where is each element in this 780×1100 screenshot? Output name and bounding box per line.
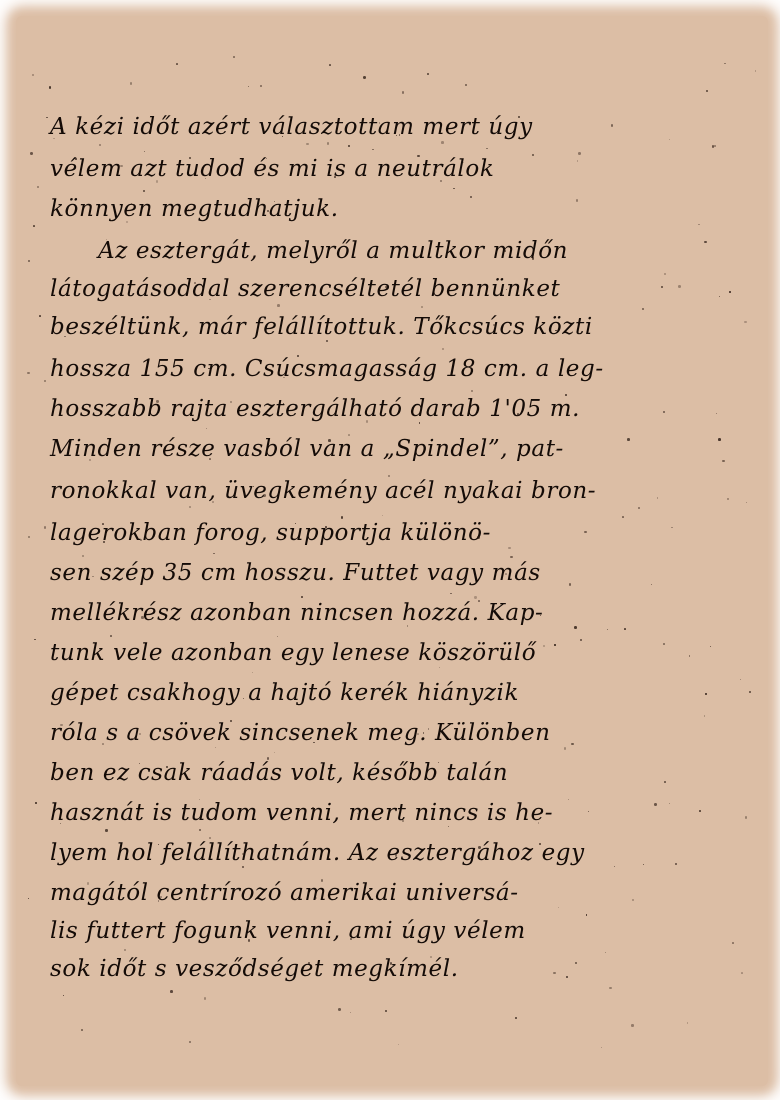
letter-line-17: ben ez csak ráadás volt, később talán (50, 760, 508, 786)
paper-speckle (706, 90, 708, 92)
paper-speckle (32, 74, 34, 76)
paper-speckle (453, 188, 454, 189)
paper-speckle (372, 149, 373, 150)
paper-speckle (716, 413, 717, 414)
paper-speckle (477, 536, 480, 539)
paper-speckle (388, 475, 389, 476)
paper-speckle (189, 506, 190, 507)
paper-speckle (34, 639, 36, 641)
paper-speckle (28, 898, 29, 899)
paper-speckle (63, 995, 64, 996)
paper-speckle (605, 952, 606, 953)
paper-speckle (722, 460, 725, 463)
paper-speckle (27, 372, 30, 375)
paper-speckle (569, 583, 571, 585)
paper-speckle (143, 190, 145, 192)
paper-speckle (580, 639, 582, 641)
paper-speckle (732, 942, 734, 944)
paper-speckle (687, 1022, 689, 1024)
paper-speckle (215, 747, 216, 748)
paper-speckle (124, 949, 126, 951)
paper-speckle (543, 645, 545, 647)
paper-speckle (166, 766, 168, 768)
paper-speckle (46, 117, 48, 119)
letter-line-5: látogatásoddal szerencséltetél bennünket (50, 276, 560, 302)
paper-speckle (575, 962, 577, 964)
paper-speckle (156, 400, 158, 402)
paper-speckle (209, 837, 211, 839)
paper-speckle (571, 743, 574, 746)
paper-speckle (486, 148, 488, 150)
paper-speckle (478, 846, 481, 849)
letter-line-12: sen szép 35 cm hosszu. Futtet vagy más (50, 560, 541, 586)
paper-speckle (624, 628, 626, 630)
paper-speckle (267, 210, 269, 212)
paper-speckle (741, 972, 743, 974)
paper-speckle (609, 987, 612, 990)
paper-speckle (39, 315, 41, 317)
paper-speckle (678, 285, 681, 288)
paper-speckle (110, 635, 112, 637)
paper-speckle (638, 507, 640, 509)
paper-speckle (669, 139, 670, 140)
paper-speckle (99, 144, 101, 146)
paper-speckle (704, 241, 706, 243)
paper-speckle (578, 152, 581, 155)
paper-speckle (350, 1012, 351, 1013)
paper-speckle (438, 762, 439, 763)
paper-speckle (601, 1047, 602, 1048)
letter-line-10: ronokkal van, üvegkemény acél nyakai bro… (50, 478, 596, 504)
paper-speckle (515, 1017, 517, 1019)
letter-paper: A kézi időt azért választottam mert úgy … (16, 16, 768, 1086)
paper-speckle (740, 679, 741, 680)
paper-speckle (260, 85, 262, 87)
paper-speckle (632, 899, 634, 901)
paper-speckle (35, 802, 36, 803)
paper-speckle (474, 596, 476, 598)
paper-speckle (712, 145, 714, 147)
paper-speckle (663, 411, 665, 413)
paper-speckle (421, 306, 423, 308)
paper-speckle (450, 593, 451, 594)
letter-line-21: lis futtert fogunk venni, ami úgy vélem (50, 918, 526, 944)
paper-speckle (631, 1024, 633, 1026)
paper-speckle (627, 438, 630, 441)
paper-speckle (654, 803, 657, 806)
paper-speckle (588, 811, 589, 812)
paper-speckle (430, 956, 432, 958)
paper-speckle (266, 158, 267, 159)
paper-speckle (724, 63, 725, 64)
paper-speckle (448, 826, 449, 827)
paper-speckle (44, 380, 46, 382)
letter-line-22: sok időt s vesződséget megkímél. (50, 956, 459, 982)
paper-speckle (586, 914, 587, 915)
paper-speckle (558, 907, 559, 908)
paper-speckle (399, 134, 401, 136)
paper-speckle (126, 221, 128, 223)
paper-speckle (329, 64, 331, 66)
paper-speckle (675, 863, 678, 866)
paper-speckle (643, 864, 644, 865)
paper-speckle (204, 997, 206, 999)
paper-speckle (170, 990, 173, 993)
paper-speckle (133, 966, 135, 968)
paper-speckle (194, 282, 196, 284)
paper-speckle (248, 939, 251, 942)
letter-line-7: hossza 155 cm. Csúcsmagasság 18 cm. a le… (50, 356, 604, 382)
paper-speckle (263, 494, 266, 497)
paper-speckle (642, 308, 644, 310)
paper-speckle (419, 422, 421, 424)
paper-speckle (554, 644, 555, 645)
paper-speckle (517, 413, 520, 416)
paper-speckle (566, 976, 568, 978)
paper-speckle (348, 145, 350, 147)
paper-speckle (139, 733, 141, 735)
paper-speckle (328, 439, 331, 442)
letter-line-15: gépet csakhogy a hajtó kerék hiányzik (50, 680, 519, 706)
letter-line-19: lyem hol felállíthatnám. Az esztergához … (50, 840, 585, 866)
paper-speckle (574, 626, 577, 629)
paper-speckle (144, 151, 145, 152)
paper-speckle (158, 900, 159, 901)
paper-speckle (744, 321, 747, 324)
paper-speckle (719, 296, 720, 297)
paper-speckle (308, 962, 310, 964)
paper-speckle (607, 629, 608, 630)
paper-speckle (577, 160, 578, 161)
paper-speckle (442, 348, 445, 351)
paper-speckle (657, 497, 659, 499)
letter-line-6: beszéltünk, már felállítottuk. Tőkcsúcs … (50, 314, 593, 340)
paper-speckle (209, 299, 211, 301)
paper-speckle (584, 531, 586, 533)
paper-speckle (553, 972, 555, 974)
paper-speckle (248, 86, 249, 87)
paper-speckle (327, 142, 329, 144)
paper-speckle (508, 547, 510, 549)
paper-speckle (714, 145, 716, 147)
paper-speckle (478, 600, 480, 602)
paper-speckle (382, 515, 383, 516)
paper-speckle (334, 176, 336, 178)
paper-speckle (218, 936, 220, 938)
paper-speckle (664, 781, 666, 783)
paper-speckle (510, 556, 512, 558)
paper-speckle (81, 1029, 83, 1031)
paper-speckle (348, 434, 350, 436)
paper-speckle (105, 829, 107, 831)
paper-speckle (385, 286, 387, 288)
paper-speckle (663, 643, 665, 645)
paper-speckle (755, 70, 757, 72)
paper-speckle (746, 502, 747, 503)
paper-speckle (471, 390, 474, 393)
paper-speckle (301, 596, 303, 598)
paper-speckle (341, 516, 343, 518)
paper-speckle (294, 777, 297, 780)
paper-speckle (417, 733, 419, 735)
paper-speckle (33, 225, 35, 227)
paper-speckle (277, 304, 280, 307)
paper-speckle (463, 162, 464, 163)
letter-line-2: vélem azt tudod és mi is a neutrálok (50, 156, 494, 182)
paper-speckle (206, 428, 207, 429)
paper-speckle (718, 438, 721, 441)
paper-speckle (213, 553, 214, 554)
paper-speckle (165, 370, 166, 371)
paper-speckle (44, 526, 46, 528)
paper-speckle (622, 516, 624, 518)
paper-speckle (87, 882, 90, 885)
paper-speckle (277, 636, 278, 637)
paper-speckle (53, 138, 54, 139)
paper-speckle (189, 1041, 191, 1043)
paper-speckle (565, 394, 567, 396)
paper-speckle (704, 715, 706, 717)
paper-speckle (669, 803, 671, 805)
paper-speckle (139, 763, 140, 764)
paper-speckle (82, 555, 84, 557)
paper-speckle (398, 1044, 399, 1045)
paper-speckle (312, 807, 314, 809)
paper-speckle (106, 239, 107, 240)
paper-speckle (267, 757, 270, 760)
paper-speckle (749, 691, 751, 693)
paper-speckle (338, 1008, 341, 1011)
paper-speckle (710, 646, 711, 647)
paper-speckle (705, 693, 706, 694)
paper-speckle (465, 84, 467, 86)
letter-line-13: mellékrész azonban nincsen hozzá. Kap- (50, 600, 543, 626)
paper-speckle (614, 866, 615, 867)
letter-line-8: hosszabb rajta esztergálható darab 1'05 … (50, 396, 580, 422)
paper-speckle (176, 63, 178, 65)
paper-speckle (189, 446, 191, 448)
paper-speckle (729, 291, 730, 292)
paper-speckle (611, 124, 614, 127)
letter-line-1: A kézi időt azért választottam mert úgy (50, 114, 533, 140)
paper-speckle (160, 896, 162, 898)
paper-speckle (30, 152, 33, 155)
letter-line-4: Az esztergát, melyről a multkor midőn (98, 238, 568, 264)
paper-speckle (28, 260, 30, 262)
paper-speckle (230, 401, 232, 403)
paper-speckle (233, 56, 235, 58)
paper-speckle (366, 420, 369, 423)
paper-speckle (671, 527, 672, 528)
paper-speckle (102, 743, 104, 745)
letter-line-3: könnyen megtudhatjuk. (50, 196, 339, 222)
paper-speckle (470, 196, 473, 199)
paper-speckle (564, 747, 566, 749)
paper-speckle (209, 458, 211, 460)
paper-speckle (131, 738, 133, 740)
letter-line-16: róla s a csövek sincsenek meg. Különben (50, 720, 551, 746)
paper-speckle (423, 732, 424, 733)
letter-line-20: magától centrírozó amerikai universá- (50, 880, 519, 906)
paper-speckle (745, 816, 747, 818)
paper-speckle (37, 186, 39, 188)
paper-speckle (576, 199, 579, 202)
paper-speckle (385, 1010, 387, 1012)
paper-speckle (208, 368, 210, 370)
letter-line-11: lagerokban forog, supportja különö- (50, 520, 491, 546)
paper-speckle (283, 403, 284, 404)
paper-speckle (699, 810, 701, 812)
letter-line-18: hasznát is tudom venni, mert nincs is he… (50, 800, 553, 826)
paper-speckle (441, 141, 444, 144)
paper-speckle (661, 286, 663, 288)
paper-speckle (651, 584, 652, 585)
paper-speckle (402, 820, 404, 822)
letter-line-9: Minden része vasból van a „Spindel”, pat… (50, 436, 564, 462)
paper-speckle (327, 737, 328, 738)
paper-speckle (274, 752, 275, 753)
paper-speckle (379, 122, 380, 123)
paper-speckle (141, 616, 143, 618)
paper-speckle (75, 158, 77, 160)
paper-speckle (326, 340, 328, 342)
paper-speckle (440, 180, 442, 182)
paper-speckle (306, 143, 308, 145)
paper-speckle (140, 539, 142, 541)
paper-speckle (49, 86, 52, 89)
paper-speckle (402, 91, 405, 94)
paper-speckle (363, 76, 366, 79)
paper-speckle (130, 82, 132, 84)
paper-speckle (568, 799, 569, 800)
paper-speckle (689, 655, 691, 657)
paper-speckle (242, 866, 244, 868)
paper-speckle (28, 536, 30, 538)
paper-speckle (532, 154, 534, 156)
letter-line-14: tunk vele azonban egy lenese köszörülő (50, 640, 536, 666)
paper-speckle (199, 829, 201, 831)
paper-speckle (325, 526, 327, 528)
paper-speckle (212, 501, 214, 503)
paper-speckle (439, 667, 440, 668)
paper-speckle (698, 224, 700, 226)
paper-speckle (727, 498, 728, 499)
paper-speckle (116, 174, 118, 176)
paper-speckle (297, 355, 299, 357)
paper-speckle (664, 273, 666, 275)
paper-speckle (252, 672, 253, 673)
paper-speckle (427, 73, 429, 75)
